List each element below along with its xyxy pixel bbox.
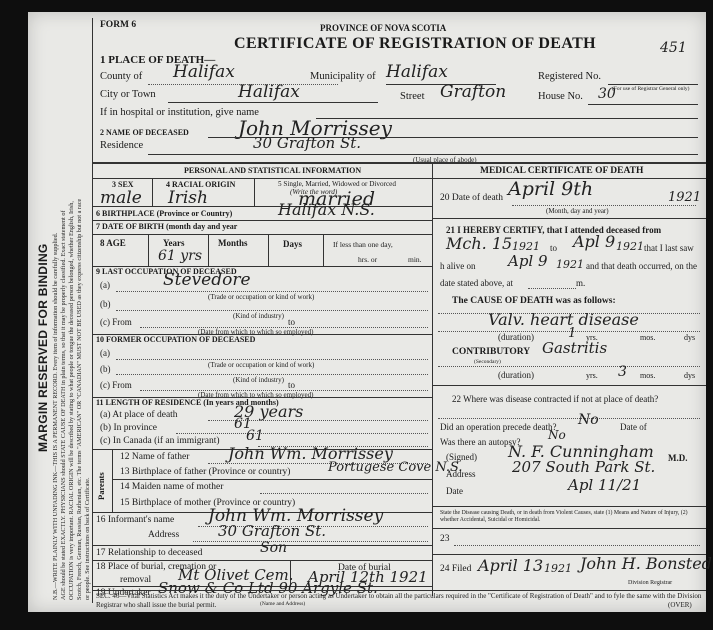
autopsy-value: No [548,428,566,442]
last-occupation-a-note: (Trade or occupation or kind of work) [208,293,314,301]
less-than-day-label: If less than one day, [333,240,393,249]
physician-date-value: Apl 11/21 [568,476,641,494]
duration1-dys-label: dys [684,333,695,342]
duration2-dys-label: dys [684,371,695,380]
death-date-value: April 9th [508,178,593,200]
marital-label: 5 Single, Married, Widowed or Divorced [278,180,396,188]
margin-note-line: Scotch, French, German, Russian, Rutheni… [76,40,84,600]
death-date-note: (Month, day and year) [546,207,609,215]
father-birthplace-label: 13 Birthplace of father (Province or cou… [120,467,290,477]
last-occupation-to-label: to [288,317,295,327]
days-label: Days [283,239,302,249]
medical-heading: MEDICAL CERTIFICATE OF DEATH [480,166,643,176]
mother-name-label: 14 Maiden name of mother [120,482,223,492]
operation-value: No [578,412,599,428]
physician-address-value: 207 South Park St. [512,458,655,476]
former-occupation-to-label: to [288,380,295,390]
filed-label: 24 Filed [440,564,471,574]
margin-note-line: or people. See instructions on back of C… [84,40,92,600]
relationship-value: Son [260,540,287,556]
burial-removal-label: removal [120,575,151,585]
death-date-label: 20 Date of death [440,193,503,203]
informant-name-label: 16 Informant's name [96,515,174,525]
last-occupation-from-label: (c) From [100,317,132,327]
residence-province-label: (b) In province [100,423,157,433]
contributory-label: CONTRIBUTORY [452,347,530,357]
relationship-label: 17 Relationship to deceased [96,548,202,558]
operation-label: Did an operation precede death? [440,422,556,432]
duration2-yrs-label: yrs. [586,371,598,380]
registered-no-label: Registered No. [538,71,601,82]
former-occupation-a-label: (a) [100,348,110,358]
margin-note-line: AGE should be stated EXACTLY. PHYSICIANS… [60,40,68,600]
county-label: County of [100,71,142,82]
registrar-signature: John H. Bonsted [580,554,712,573]
former-occupation-from-label: (c) From [100,380,132,390]
former-occupation-b-note: (Kind of industry) [233,376,284,384]
occurred-text: and that death occurred, on the [586,261,697,271]
min-label: min. [408,255,422,264]
deceased-name-label: 2 NAME OF DECEASED [100,128,189,137]
sex-value: male [100,188,142,208]
city-label: City or Town [100,89,156,100]
residence-canada-value: 61 [246,428,264,444]
last-occupation-a-label: (a) [100,280,110,290]
last-saw-text: that I last saw [644,243,694,253]
house-no-label: House No. [538,91,583,102]
years-value: 61 yrs [158,248,202,264]
racial-value: Irish [168,188,208,208]
physician-address-label: Address [446,469,476,479]
signed-label: (Signed) [446,452,477,462]
residence-value: 30 Grafton St. [253,134,361,152]
last-occupation-b-label: (b) [100,299,111,309]
cause-value: Valv. heart disease [488,310,639,329]
item23-label: 23 [440,534,450,544]
margin-rule [92,18,93,603]
last-occupation-b-note: (Kind of industry) [233,312,284,320]
residence-canada-label: (c) In Canada (if an immigrant) [100,436,220,446]
birthplace-value: Halifax N.S. [278,200,375,219]
margin-instructions: N.B.—WRITE PLAINLY WITH UNFADING INK—THI… [52,40,92,600]
county-value: Halifax [173,62,235,82]
attended-from-value: Mch. 15 [446,234,512,253]
registrar-label: Division Registrar [628,580,672,586]
death-date-year: 1921 [668,190,701,205]
duration1-label: (duration) [498,332,534,342]
md-label: M.D. [668,453,688,463]
parents-side-label: Parents [96,472,106,500]
city-value: Halifax [238,82,300,102]
street-value: Grafton [440,82,506,102]
province-heading: PROVINCE OF NOVA SCOTIA [320,23,446,33]
attended-to-label: to [550,243,557,253]
municipality-value: Halifax [386,62,448,82]
alive-on-value: Apl 9 [508,252,548,270]
months-label: Months [218,238,248,248]
alive-on-year: 1921 [556,258,584,271]
margin-note-line: OCCUPATION is very important. RACIAL ORI… [68,40,76,600]
over-label: (OVER) [668,601,692,609]
state-disease-note: State the Disease causing Death, or in d… [440,510,702,524]
attended-to-value: Apl 9 [573,232,615,251]
cause-heading: The CAUSE OF DEATH was as follows: [452,296,616,306]
residence-place-label: (a) At place of death [100,410,178,420]
contributory-value: Gastritis [542,339,607,357]
filed-date-value: April 13 [478,556,543,575]
street-label: Street [400,91,425,102]
former-occupation-a-note: (Trade or occupation or kind of work) [208,361,314,369]
margin-heading: MARGIN RESERVED FOR BINDING [36,243,50,452]
margin-note-line: N.B.—WRITE PLAINLY WITH UNFADING INK—THI… [52,40,60,600]
duration2-label: (duration) [498,370,534,380]
alive-on-label: h alive on [440,261,476,271]
municipality-label: Municipality of [310,71,376,82]
duration1-mos-label: mos. [640,333,655,342]
informant-address-value: 30 Grafton St. [218,522,326,540]
column-divider [432,164,433,596]
registered-no-note: (For use of Registrar General only) [612,86,689,92]
date-of-label: Date of [620,422,647,432]
house-no-value: 30 [598,86,616,102]
hrs-label: hrs. or [358,255,377,264]
certificate-title: CERTIFICATE OF REGISTRATION OF DEATH [234,35,596,53]
dob-label: 7 DATE OF BIRTH (month day and year [96,222,237,231]
q22-label: 22 Where was disease contracted if not a… [452,394,658,404]
time-m-label: m. [576,278,585,288]
filed-year: 1921 [544,562,572,575]
attended-to-year: 1921 [616,240,644,253]
sec46-footer: SEC. 46—Vital Statistics Act makes it th… [96,592,702,609]
duration2-mos-label: mos. [640,371,655,380]
former-occupation-heading: 10 FORMER OCCUPATION OF DECEASED [96,335,255,344]
birthplace-label: 6 BIRTHPLACE (Province or Country) [96,209,232,218]
secondary-label: (Secondary) [474,359,501,365]
informant-address-label: Address [148,530,179,540]
stated-above-text: date stated above, at [440,278,513,288]
age-label: 8 AGE [100,238,126,248]
father-birthplace-value: Portugese Cove N.S. [328,460,463,475]
former-occupation-b-label: (b) [100,364,111,374]
file-number: 451 [660,40,687,56]
duration2-months: 3 [618,364,627,380]
personal-heading: PERSONAL AND STATISTICAL INFORMATION [184,166,361,175]
years-label: Years [163,238,185,248]
last-occupation-value: Stevedore [163,270,251,290]
form-number: FORM 6 [100,20,136,30]
hospital-label: If in hospital or institution, give name [100,107,259,118]
physician-date-label: Date [446,486,463,496]
father-name-label: 12 Name of father [120,452,189,462]
death-certificate: MARGIN RESERVED FOR BINDING N.B.—WRITE P… [28,12,706,612]
residence-label: Residence [100,140,143,151]
